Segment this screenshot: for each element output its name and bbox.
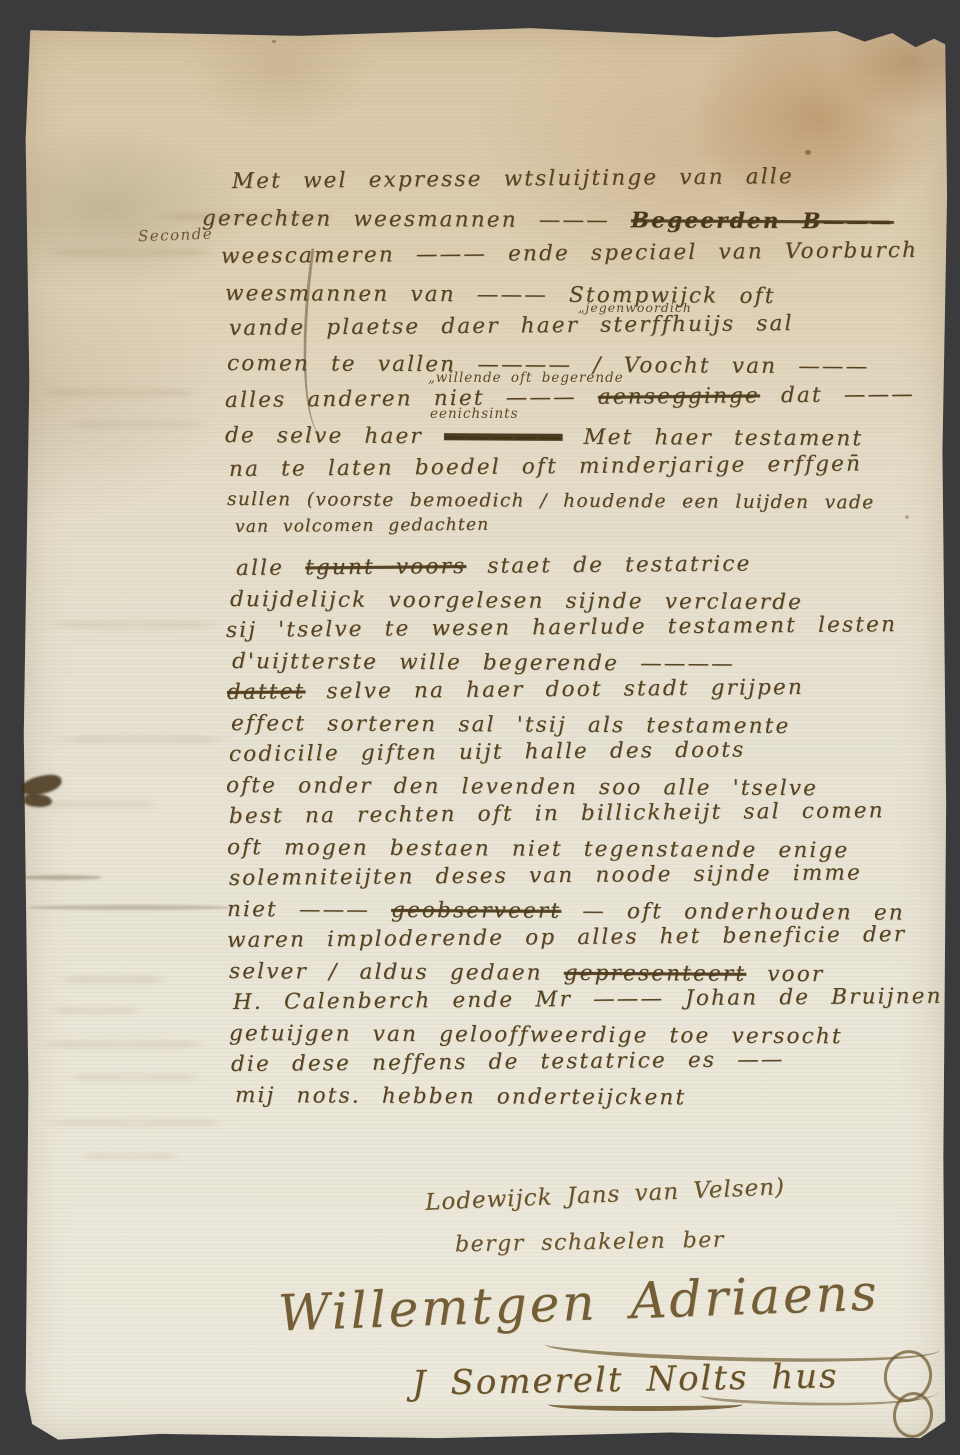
interlinear-insertion: „jegenwoordich: [578, 300, 692, 315]
line-segment: d'uijtterste wille begerende ————: [232, 649, 735, 677]
manuscript-line: mij nots. hebben onderteijckent: [235, 1083, 686, 1110]
manuscript-line: best na rechten oft in billickheijt sal …: [229, 798, 885, 829]
signature-secondary-line: bergr schakelen ber: [455, 1228, 725, 1258]
manuscript-line: oft mogen bestaen niet tegenstaende enig…: [227, 835, 850, 863]
line-segment: ofte onder den levenden soo alle 'tselve: [226, 773, 818, 801]
manuscript-line: waren imploderende op alles het benefici…: [227, 922, 906, 953]
manuscript-line: selver / aldus gedaen gepresenteert voor: [229, 959, 824, 987]
manuscript-line: alles anderen niet ——— aensegginge dat —…: [225, 382, 915, 413]
manuscript-line: van volcomen gedachten: [235, 515, 489, 537]
line-segment: niet ———: [227, 897, 391, 923]
line-segment: codicille giften uijt halle des doots: [229, 737, 746, 767]
manuscript-line: duijdelijck voorgelesen sijnde verclaerd…: [230, 587, 803, 615]
manuscript-line: na te laten boedel oft minderjarige erff…: [229, 451, 862, 482]
struck-segment: aensegginge: [598, 383, 760, 409]
line-segment: voor: [746, 962, 824, 987]
line-segment: dat ———: [760, 382, 915, 408]
line-segment: staet de testatrice: [466, 552, 751, 579]
struck-segment: geobserveert: [391, 898, 561, 924]
struck-segment: gepresenteert: [564, 961, 747, 987]
line-segment: getuijgen van gelooffweerdige toe versoc…: [229, 1021, 843, 1049]
struck-segment: tgunt voors: [305, 554, 466, 580]
line-segment: oft mogen bestaen niet tegenstaende enig…: [227, 835, 850, 863]
manuscript-line: die dese neffens de testatrice es ——: [231, 1047, 785, 1077]
manuscript-line: vande plaetse daer haer sterffhuijs sal: [229, 311, 794, 341]
line-segment: duijdelijck voorgelesen sijnde verclaerd…: [230, 587, 803, 615]
manuscript-line: effect sorteren sal 'tsij als testamente: [231, 711, 791, 739]
line-segment: H. Calenberch ende Mr ——— Johan de Bruij…: [233, 984, 943, 1015]
line-segment: best na rechten oft in billickheijt sal …: [229, 798, 885, 829]
interlinear-insertion: eenichsints: [430, 406, 519, 422]
manuscript-line: Met wel expresse wtsluijtinge van alle: [232, 164, 794, 194]
manuscript-text-layer: Seconde Met wel expresse wtsluijtinge va…: [0, 0, 960, 1455]
struck-segment: dattet: [227, 679, 306, 705]
manuscript-line: H. Calenberch ende Mr ——— Johan de Bruij…: [233, 984, 943, 1015]
manuscript-line: weescameren ——— ende speciael van Voorbu…: [221, 238, 918, 269]
manuscript-line: gerechten weesmannen ——— Begeerden B———: [202, 206, 894, 235]
manuscript-line: sij 'tselve te wesen haerlude testament …: [226, 612, 897, 643]
line-segment: selver / aldus gedaen: [229, 959, 564, 986]
line-segment: alles anderen niet ———: [225, 385, 598, 413]
line-segment: weescameren ——— ende speciael van Voorbu…: [221, 238, 918, 269]
line-segment: de selve haer: [225, 423, 444, 449]
struck-segment: —————: [444, 424, 563, 450]
line-segment: gerechten weesmannen ———: [202, 206, 631, 233]
line-segment: mij nots. hebben onderteijckent: [235, 1083, 686, 1110]
manuscript-line: de selve haer ————— Met haer testament: [225, 423, 863, 451]
manuscript-line: weesmannen van ——— Stompwijck oft: [225, 281, 776, 309]
scanned-manuscript-page: Seconde Met wel expresse wtsluijtinge va…: [0, 0, 960, 1455]
struck-segment: Begeerden B———: [631, 208, 894, 234]
line-segment: effect sorteren sal 'tsij als testamente: [231, 711, 791, 739]
line-segment: sullen (voorste bemoedich / houdende een…: [227, 489, 875, 513]
manuscript-line: ofte onder den levenden soo alle 'tselve: [226, 773, 818, 801]
manuscript-line: d'uijtterste wille begerende ————: [232, 649, 735, 677]
line-segment: weesmannen van ——— Stompwijck oft: [225, 281, 776, 309]
line-segment: sij 'tselve te wesen haerlude testament …: [226, 612, 897, 643]
manuscript-line: sullen (voorste bemoedich / houdende een…: [227, 489, 875, 513]
manuscript-line: getuijgen van gelooffweerdige toe versoc…: [229, 1021, 843, 1049]
manuscript-line: niet ——— geobserveert — oft onderhouden …: [227, 897, 905, 926]
line-segment: alle: [236, 555, 305, 581]
line-segment: na te laten boedel oft minderjarige erff…: [229, 451, 862, 482]
manuscript-line: solemniteijten deses van noode sijnde im…: [229, 860, 862, 891]
line-segment: waren imploderende op alles het benefici…: [227, 922, 906, 953]
line-segment: van volcomen gedachten: [235, 515, 489, 537]
line-segment: Met wel expresse wtsluijtinge van alle: [232, 164, 794, 194]
manuscript-line: dattet selve na haer doot stadt grijpen: [227, 675, 804, 705]
line-segment: solemniteijten deses van noode sijnde im…: [229, 860, 862, 891]
line-segment: — oft onderhouden en: [561, 899, 905, 926]
line-segment: selve na haer doot stadt grijpen: [305, 675, 804, 704]
line-segment: Met haer testament: [562, 425, 863, 452]
interlinear-insertion: „willende oft begerende: [428, 370, 624, 386]
signature-notary-clerk: Lodewijck Jans van Velsen): [425, 1174, 786, 1216]
line-segment: vande plaetse daer haer sterffhuijs sal: [229, 311, 794, 341]
manuscript-line: alle tgunt voors staet de testatrice: [236, 552, 752, 581]
line-segment: die dese neffens de testatrice es ——: [231, 1047, 785, 1077]
manuscript-line: codicille giften uijt halle des doots: [229, 737, 746, 767]
